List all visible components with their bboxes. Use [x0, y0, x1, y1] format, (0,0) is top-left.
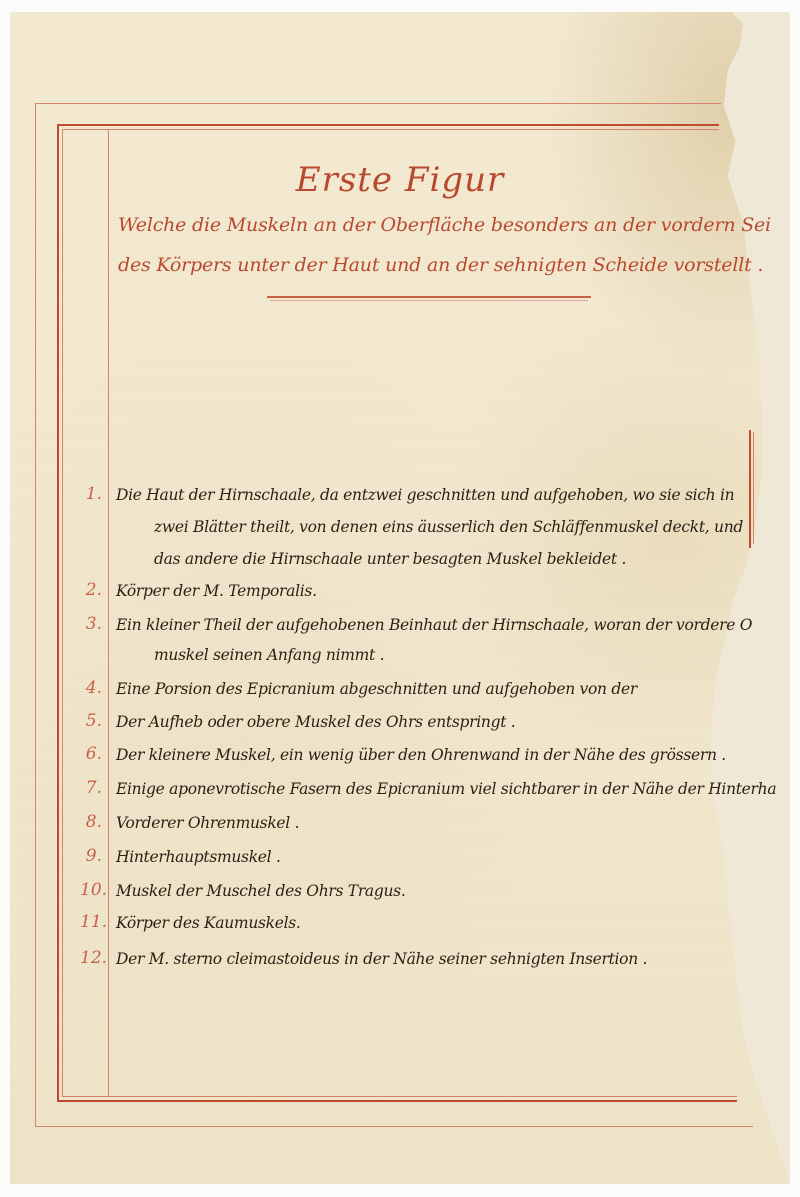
entry-number-9: 9. [80, 846, 102, 866]
entry-5-line-1: Der Aufheb oder obere Muskel des Ohrs en… [116, 713, 515, 731]
right-border-remnant-thin [753, 432, 754, 544]
entry-1-line-1: Die Haut der Hirnschaale, da entzwei ges… [116, 486, 734, 504]
entry-number-8: 8. [80, 812, 102, 832]
subtitle-line-2: des Körpers unter der Haut und an der se… [118, 254, 763, 276]
entry-1-line-3: das andere die Hirnschaale unter besagte… [154, 550, 626, 568]
title-underline-thin [270, 300, 588, 301]
subtitle-line-1: Welche die Muskeln an der Oberfläche bes… [118, 214, 771, 236]
page-title: Erste Figur [0, 160, 800, 200]
entry-2-line-1: Körper der M. Temporalis. [116, 582, 317, 600]
inner-border-bottom-thick [57, 1100, 737, 1102]
entry-number-7: 7. [80, 778, 102, 798]
inner-border-top-thick [57, 124, 719, 126]
entry-number-5: 5. [80, 711, 102, 731]
inner-border-top-thin [62, 129, 719, 130]
entry-number-6: 6. [80, 744, 102, 764]
inner-border-left-thin [62, 129, 63, 1097]
outer-border-top [35, 103, 721, 104]
entry-number-1: 1. [80, 484, 102, 504]
entry-3-line-2: muskel seinen Anfang nimmt . [154, 646, 384, 664]
title-underline [267, 296, 591, 298]
entry-number-4: 4. [80, 678, 102, 698]
entry-7-line-1: Einige aponevrotische Fasern des Epicran… [116, 780, 776, 798]
entry-number-11: 11. [80, 912, 102, 932]
entry-number-12: 12. [80, 948, 102, 968]
entry-9-line-1: Hinterhauptsmuskel . [116, 848, 281, 866]
outer-border-left [35, 103, 36, 1127]
entry-number-3: 3. [80, 614, 102, 634]
entry-number-2: 2. [80, 580, 102, 600]
entry-4-line-1: Eine Porsion des Epicranium abgeschnitte… [116, 680, 637, 698]
scanned-manuscript-page: Erste Figur Welche die Muskeln an der Ob… [0, 0, 800, 1197]
margin-rule [108, 129, 109, 1096]
inner-border-bottom-thin [62, 1096, 737, 1097]
entry-number-10: 10. [80, 880, 102, 900]
entry-1-line-2: zwei Blätter theilt, von denen eins äuss… [154, 518, 743, 536]
inner-border-left-thick [57, 124, 59, 1102]
outer-border-bottom [35, 1126, 753, 1127]
entry-11-line-1: Körper des Kaumuskels. [116, 914, 301, 932]
entry-6-line-1: Der kleinere Muskel, ein wenig über den … [116, 746, 726, 764]
entry-10-line-1: Muskel der Muschel des Ohrs Tragus. [116, 882, 405, 900]
entry-3-line-1: Ein kleiner Theil der aufgehobenen Beinh… [116, 616, 752, 634]
right-border-remnant [749, 430, 751, 548]
entry-12-line-1: Der M. sterno cleimastoideus in der Nähe… [116, 950, 647, 968]
entry-8-line-1: Vorderer Ohrenmuskel . [116, 814, 299, 832]
